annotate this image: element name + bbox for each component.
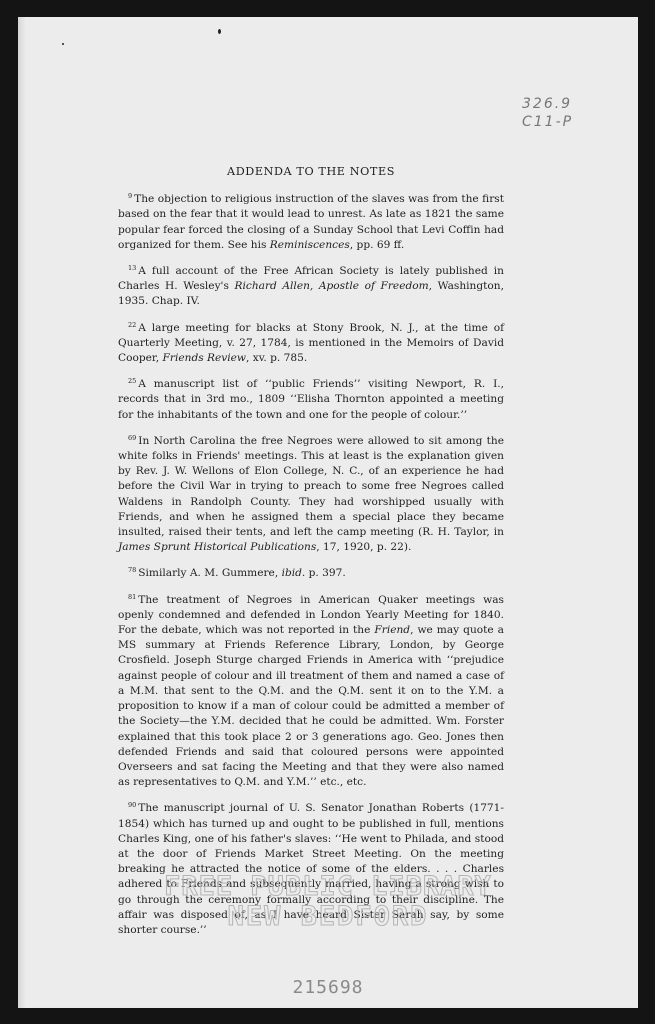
footnote: 9The objection to religious instruction … (118, 189, 504, 253)
handwritten-call-number: 326.9 C11-P (522, 95, 612, 131)
page-title: ADDENDA TO THE NOTES (118, 164, 504, 179)
footnote-number: 78 (128, 566, 136, 574)
footnote-number: 90 (128, 801, 136, 809)
footnote-text: p. 397. (305, 567, 345, 579)
cited-title: Friend (374, 624, 410, 636)
footnote-number: 13 (128, 264, 136, 272)
footnote: 22A large meeting for blacks at Stony Br… (118, 318, 504, 367)
footnote: 81The treatment of Negroes in American Q… (118, 590, 504, 791)
cited-title: Richard Allen, Apostle of Freedom (235, 280, 429, 292)
cited-title: ibid. (282, 567, 306, 579)
footnote-number: 25 (128, 377, 136, 385)
scan-speck (218, 29, 221, 34)
scanned-page: 326.9 C11-P ADDENDA TO THE NOTES 9The ob… (18, 17, 638, 1008)
footnote: 13A full account of the Free African Soc… (118, 261, 504, 310)
call-number-line-2: C11-P (522, 113, 612, 131)
stamp-line-1: FREE PUBLIC LIBRARY (18, 872, 638, 902)
footnote-number: 22 (128, 321, 136, 329)
footnote: 25A manuscript list of ‘‘public Friends’… (118, 374, 504, 423)
document-body: ADDENDA TO THE NOTES 9The objection to r… (118, 164, 504, 946)
stamp-line-2: NEW BEDFORD (18, 902, 638, 932)
call-number-line-1: 326.9 (522, 95, 612, 113)
footnote-text: Similarly A. M. Gummere, (138, 567, 281, 579)
footnote-text: A manuscript list of ‘‘public Friends’’ … (118, 378, 504, 420)
footnote-list: 9The objection to religious instruction … (118, 189, 504, 938)
footnote: 69In North Carolina the free Negroes wer… (118, 431, 504, 556)
footnote-text: , pp. 69 ff. (350, 239, 404, 251)
footnote-text: In North Carolina the free Negroes were … (118, 435, 504, 538)
cited-title: Reminiscences (270, 239, 350, 251)
page-edge-shadow (18, 17, 26, 1008)
footnote-number: 81 (128, 593, 136, 601)
accession-number: 215698 (18, 977, 638, 998)
footnote-text: , 17, 1920, p. 22). (316, 541, 411, 553)
footnote-text: , xv. p. 785. (246, 352, 307, 364)
scan-speck (62, 43, 64, 45)
footnote-number: 69 (128, 434, 136, 442)
footnote-text: , we may quote a MS summary at Friends R… (118, 624, 504, 788)
footnote-number: 9 (128, 192, 132, 200)
library-stamp: FREE PUBLIC LIBRARY NEW BEDFORD (18, 872, 638, 932)
cited-title: Friends Review (163, 352, 246, 364)
cited-title: James Sprunt Historical Publications (118, 541, 316, 553)
footnote: 78Similarly A. M. Gummere, ibid. p. 397. (118, 563, 504, 581)
